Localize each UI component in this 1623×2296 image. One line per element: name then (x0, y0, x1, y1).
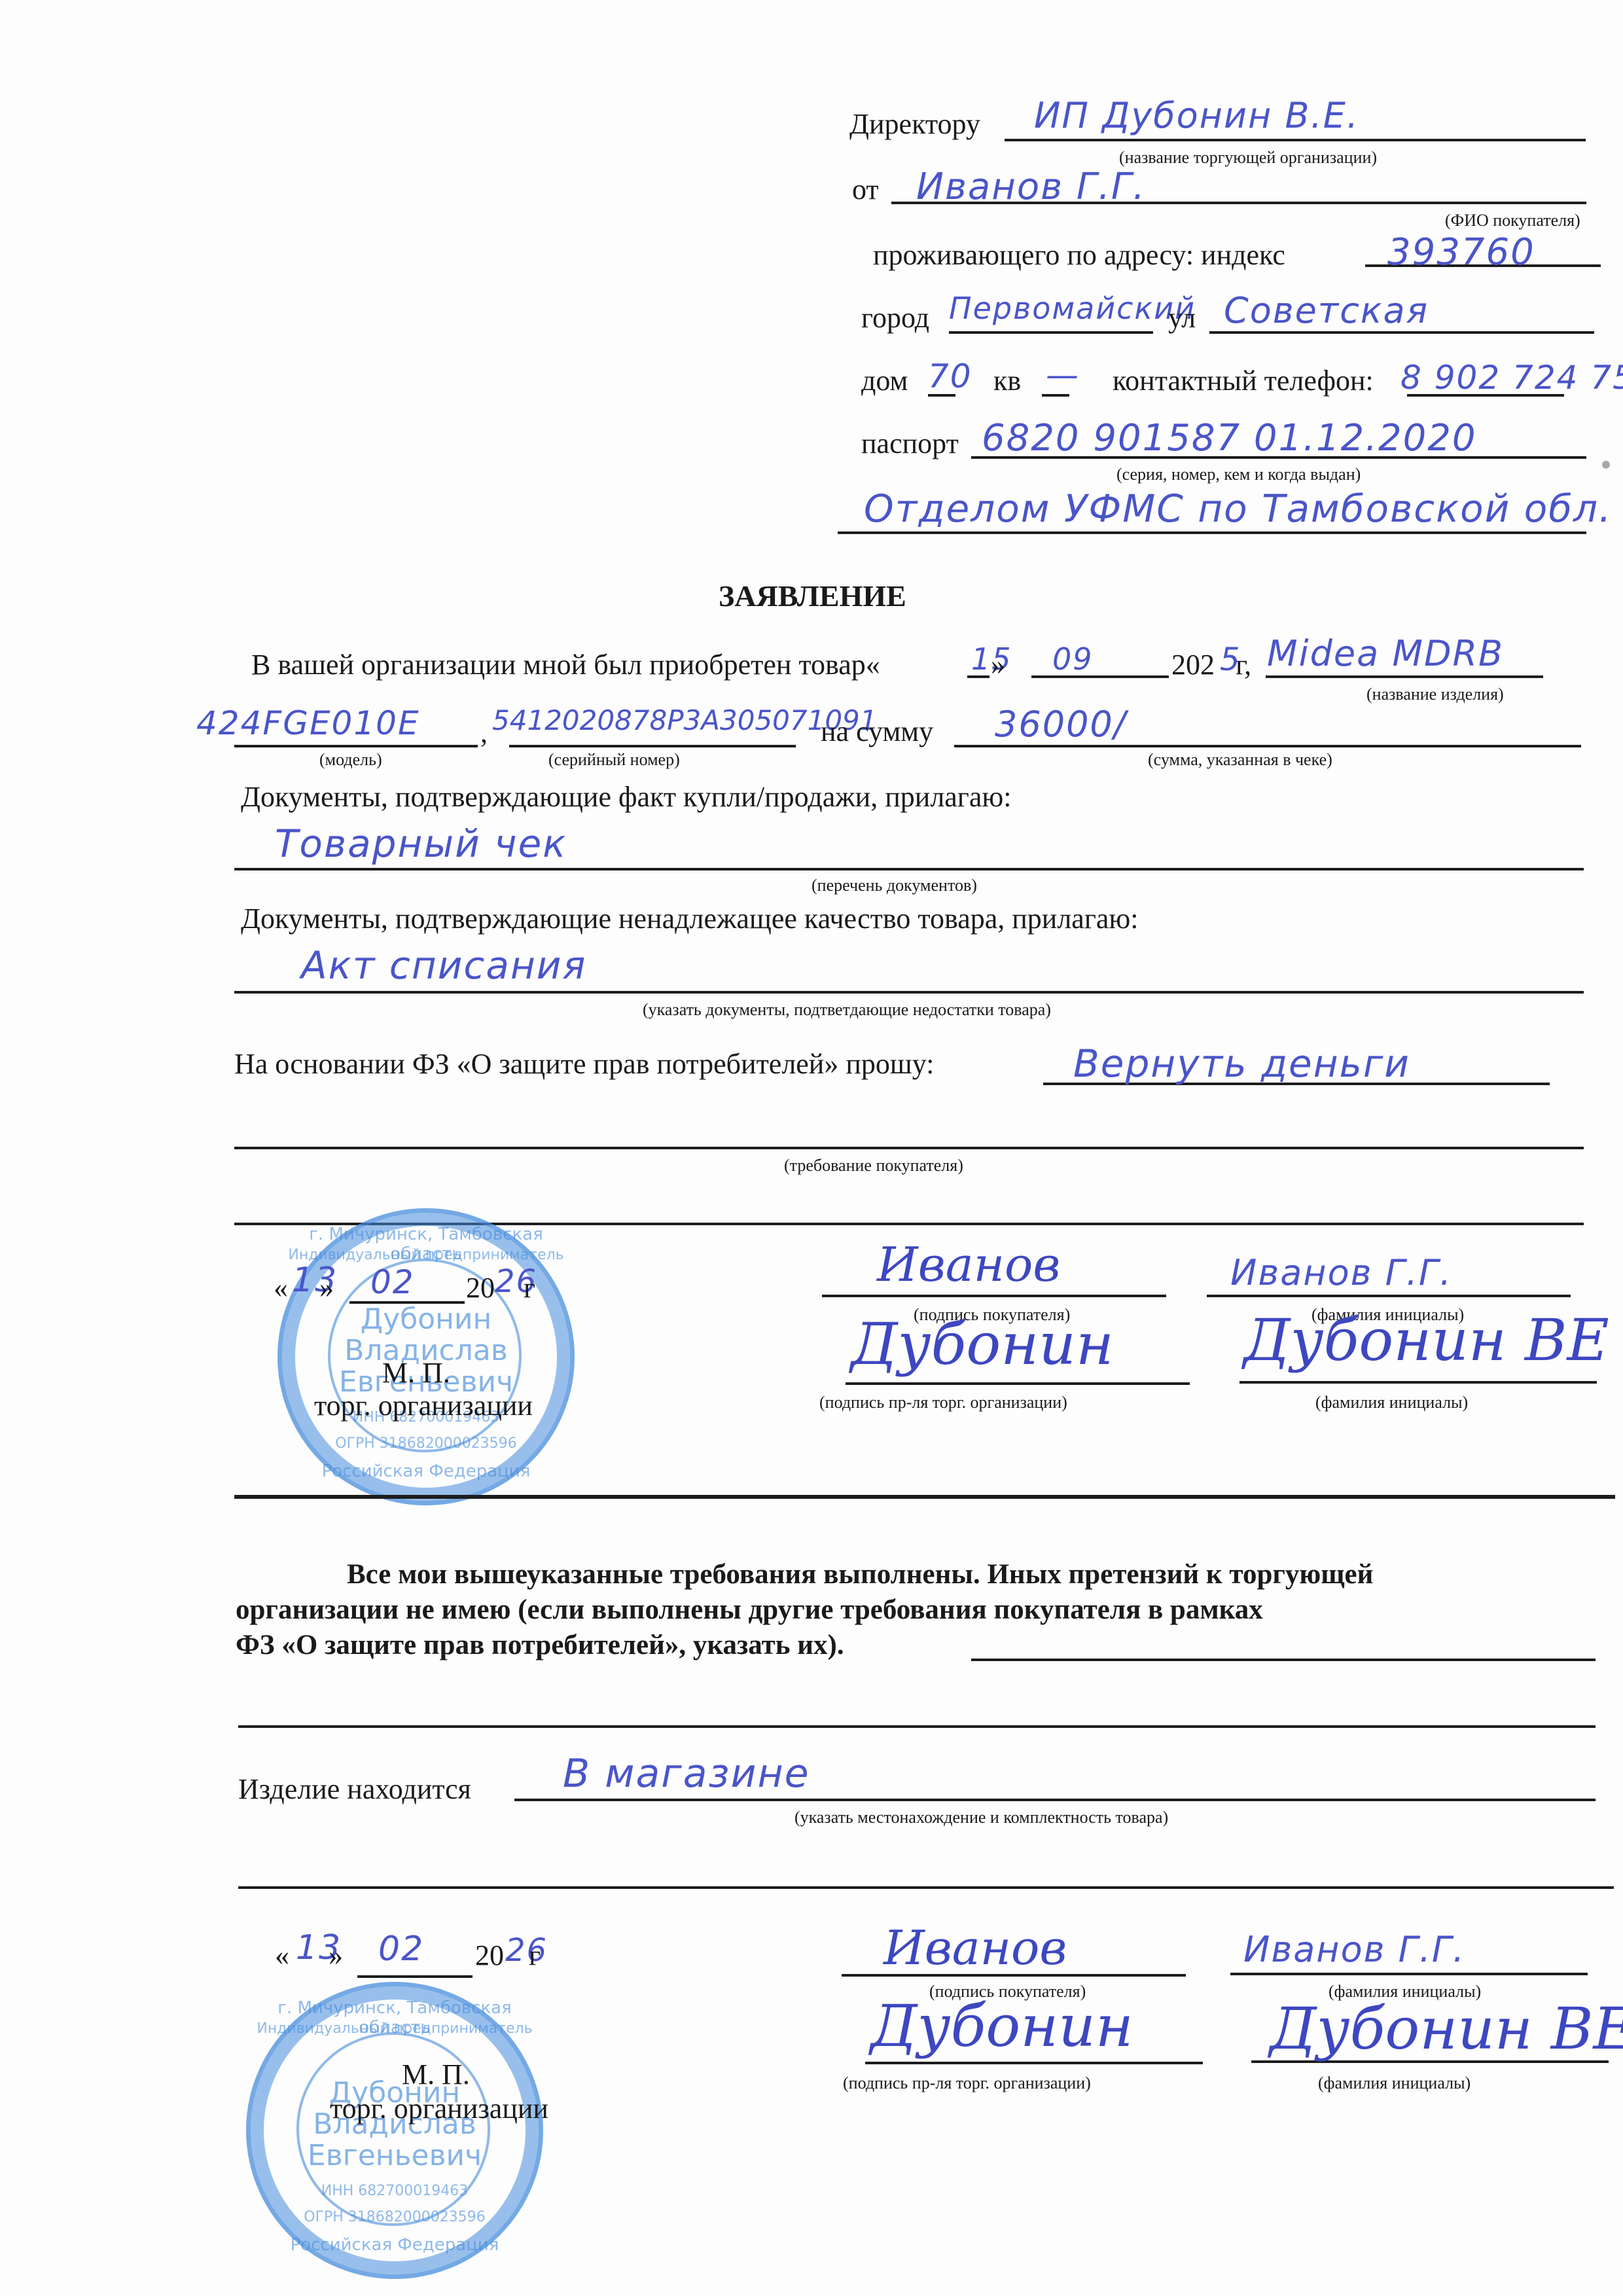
location-line (514, 1799, 1596, 1801)
section-divider (234, 1495, 1615, 1499)
sign2-seller-name[interactable]: Дубонин ВЕ (1270, 2000, 1623, 2058)
sum-label: на сумму (821, 717, 933, 746)
to-label: Директору (849, 110, 980, 139)
from-label: от (852, 175, 879, 204)
sign1-seller-name-line (1240, 1381, 1597, 1384)
sign1-month[interactable]: 02 (370, 1266, 415, 1299)
serial-caption: (серийный номер) (548, 751, 680, 768)
docs-sale-value[interactable]: Товарный чек (275, 825, 567, 863)
from-caption: (ФИО покупателя) (1445, 212, 1580, 229)
docs-sale-label: Документы, подтверждающие факт купли/про… (241, 783, 1011, 812)
passport-issuer-value[interactable]: Отделом УФМС по Тамбовской обл. (864, 490, 1613, 528)
sign1-month-line (349, 1301, 465, 1304)
docs-quality-caption: (указать документы, подтветдающие недост… (643, 1001, 1051, 1018)
from-value[interactable]: Иванов Г.Г. (916, 169, 1146, 206)
docs-sale-caption: (перечень документов) (811, 877, 977, 894)
location-value[interactable]: В магазине (563, 1754, 810, 1793)
stamp-center-1: Дубонин (282, 1304, 570, 1335)
passport-issuer-line (838, 531, 1586, 534)
sign1-year-label: г (524, 1274, 535, 1302)
closing-line-3: ФЗ «О защите прав потребителей», указать… (236, 1631, 844, 1659)
request-value[interactable]: Вернуть деньги (1073, 1045, 1410, 1083)
sign2-date-close: » (329, 1941, 343, 1970)
phone-value[interactable]: 8 902 724 75 3 (1400, 361, 1623, 394)
closing-field-line-2 (238, 1725, 1596, 1728)
product-name-line (1266, 675, 1543, 678)
sign2-buyer-name[interactable]: Иванов Г.Г. (1243, 1932, 1465, 1967)
sign2-seller-name-caption: (фамилия инициалы) (1318, 2075, 1471, 2092)
serial-line (509, 745, 796, 747)
sign2-seller-sig-caption: (подпись пр-ля торг. организации) (843, 2075, 1091, 2092)
sign1-buyer-name-line (1207, 1295, 1571, 1297)
sign2-year-prefix: 20 (475, 1941, 504, 1970)
model-value[interactable]: 424FGE010E (196, 707, 420, 740)
phone-label: контактный телефон: (1113, 367, 1374, 395)
stamp2-ogrn: ОГРН 318682000023596 (251, 2209, 539, 2225)
model-comma: , (480, 719, 488, 747)
page-title: ЗАЯВЛЕНИЕ (719, 581, 906, 611)
street-value[interactable]: Советская (1224, 293, 1429, 329)
stamp2-inn: ИНН 682700019463 (251, 2183, 539, 2199)
purchase-quote-close: » (991, 651, 1005, 679)
sign1-date-open: « (274, 1274, 288, 1302)
stamp2-center-3: Евгеньевич (251, 2141, 539, 2171)
stamp2-ring-mid: Индивидуальный предприниматель (251, 2020, 539, 2037)
sign2-year-label: г (529, 1941, 541, 1970)
model-line (234, 745, 478, 747)
apt-label: кв (993, 367, 1021, 395)
location-caption: (указать местонахождение и комплектность… (794, 1809, 1168, 1826)
purchase-year-label: г, (1236, 651, 1251, 679)
city-field-line (949, 331, 1153, 334)
closing-line-2: организации не имею (если выполнены друг… (236, 1596, 1263, 1624)
sign2-seller-sig-line (865, 2062, 1203, 2064)
sign1-org-label: торг. организации (314, 1391, 533, 1420)
stamp-ogrn: ОГРН 318682000023596 (282, 1435, 570, 1452)
sign1-buyer-sig-line (822, 1295, 1166, 1297)
purchase-month[interactable]: 09 (1052, 644, 1094, 674)
docs-quality-line (234, 991, 1584, 994)
request-label: На основании ФЗ «О защите прав потребите… (234, 1050, 934, 1079)
product-name[interactable]: Midea MDRB (1267, 636, 1504, 672)
house-label: дом (861, 367, 908, 395)
passport-caption: (серия, номер, кем и когда выдан) (1116, 466, 1361, 483)
sign1-buyer-name[interactable]: Иванов Г.Г. (1230, 1255, 1452, 1291)
sign2-buyer-name-line (1230, 1973, 1588, 1975)
docs-sale-line (234, 868, 1584, 870)
scan-speck (1602, 461, 1610, 469)
sign2-buyer-signature[interactable]: Иванов (883, 1924, 1067, 1971)
sign1-year-prefix: 20 (466, 1274, 495, 1302)
sign1-seller-sig-line (846, 1382, 1190, 1385)
stamp-ring-bottom: Российская Федерация (282, 1462, 570, 1481)
docs-quality-label: Документы, подтверждающие ненадлежащее к… (241, 905, 1139, 933)
seal-stamp-2: г. Мичуринск, Тамбовская область Индивид… (246, 1982, 543, 2279)
passport-label: паспорт (861, 429, 959, 458)
closing-field-line (971, 1659, 1596, 1661)
sign2-seller-signature[interactable]: Дубонин (870, 1998, 1133, 2055)
index-value[interactable]: 393760 (1387, 234, 1535, 271)
apt-value[interactable]: — (1046, 359, 1080, 391)
address-label: проживающего по адресу: индекс (873, 241, 1285, 270)
stamp2-ring-bottom: Российская Федерация (251, 2235, 539, 2255)
sign1-seller-sig-caption: (подпись пр-ля торг. организации) (819, 1394, 1067, 1411)
apt-field-line (1042, 394, 1069, 397)
sign1-buyer-signature[interactable]: Иванов (877, 1241, 1060, 1288)
sum-line (954, 745, 1581, 747)
sign1-seller-name[interactable]: Дубонин ВЕ (1243, 1312, 1609, 1369)
city-value[interactable]: Первомайский (949, 293, 1196, 323)
sign2-org-label: торг. организации (330, 2094, 548, 2123)
sign2-mp: М. П. (402, 2060, 470, 2089)
docs-quality-value[interactable]: Акт списания (301, 946, 586, 984)
house-value[interactable]: 70 (928, 360, 972, 393)
product-caption: (название изделия) (1366, 686, 1504, 703)
sign2-month[interactable]: 02 (378, 1932, 424, 1966)
sign2-date-open: « (275, 1941, 289, 1970)
passport-value[interactable]: 6820 901587 01.12.2020 (982, 420, 1477, 457)
sign1-seller-signature[interactable]: Дубонин (851, 1316, 1114, 1373)
sign2-year-suffix[interactable]: 26 (505, 1935, 548, 1966)
to-value[interactable]: ИП Дубонин В.Е. (1034, 98, 1359, 134)
sum-caption: (сумма, указанная в чеке) (1148, 751, 1332, 768)
closing-line-1: Все мои вышеуказанные требования выполне… (347, 1560, 1373, 1588)
to-field-line (1005, 139, 1586, 141)
model-caption: (модель) (319, 751, 382, 768)
sign1-seller-name-caption: (фамилия инициалы) (1315, 1394, 1468, 1411)
location-line-2 (238, 1886, 1614, 1889)
city-label: город (861, 304, 929, 332)
sign1-date-close: » (319, 1274, 334, 1302)
complaint-form-page: Директору ИП Дубонин В.Е. (название торг… (0, 0, 1623, 2296)
purchase-year-prefix: 202 (1171, 651, 1215, 679)
street-label: ул (1168, 304, 1196, 332)
purchase-intro: В вашей организации мной был приобретен … (251, 651, 880, 679)
request-caption: (требование покупателя) (784, 1157, 963, 1174)
serial-value[interactable]: 5412020878P3A305071091 (492, 707, 878, 734)
location-label: Изделие находится (238, 1775, 471, 1804)
street-field-line (1209, 331, 1594, 334)
sign2-month-line (357, 1975, 473, 1978)
request-line-2 (234, 1147, 1584, 1149)
to-caption: (название торгующей организации) (1119, 149, 1377, 166)
sum-value[interactable]: 36000/ (995, 707, 1127, 742)
sign1-mp: М. П. (382, 1359, 450, 1388)
